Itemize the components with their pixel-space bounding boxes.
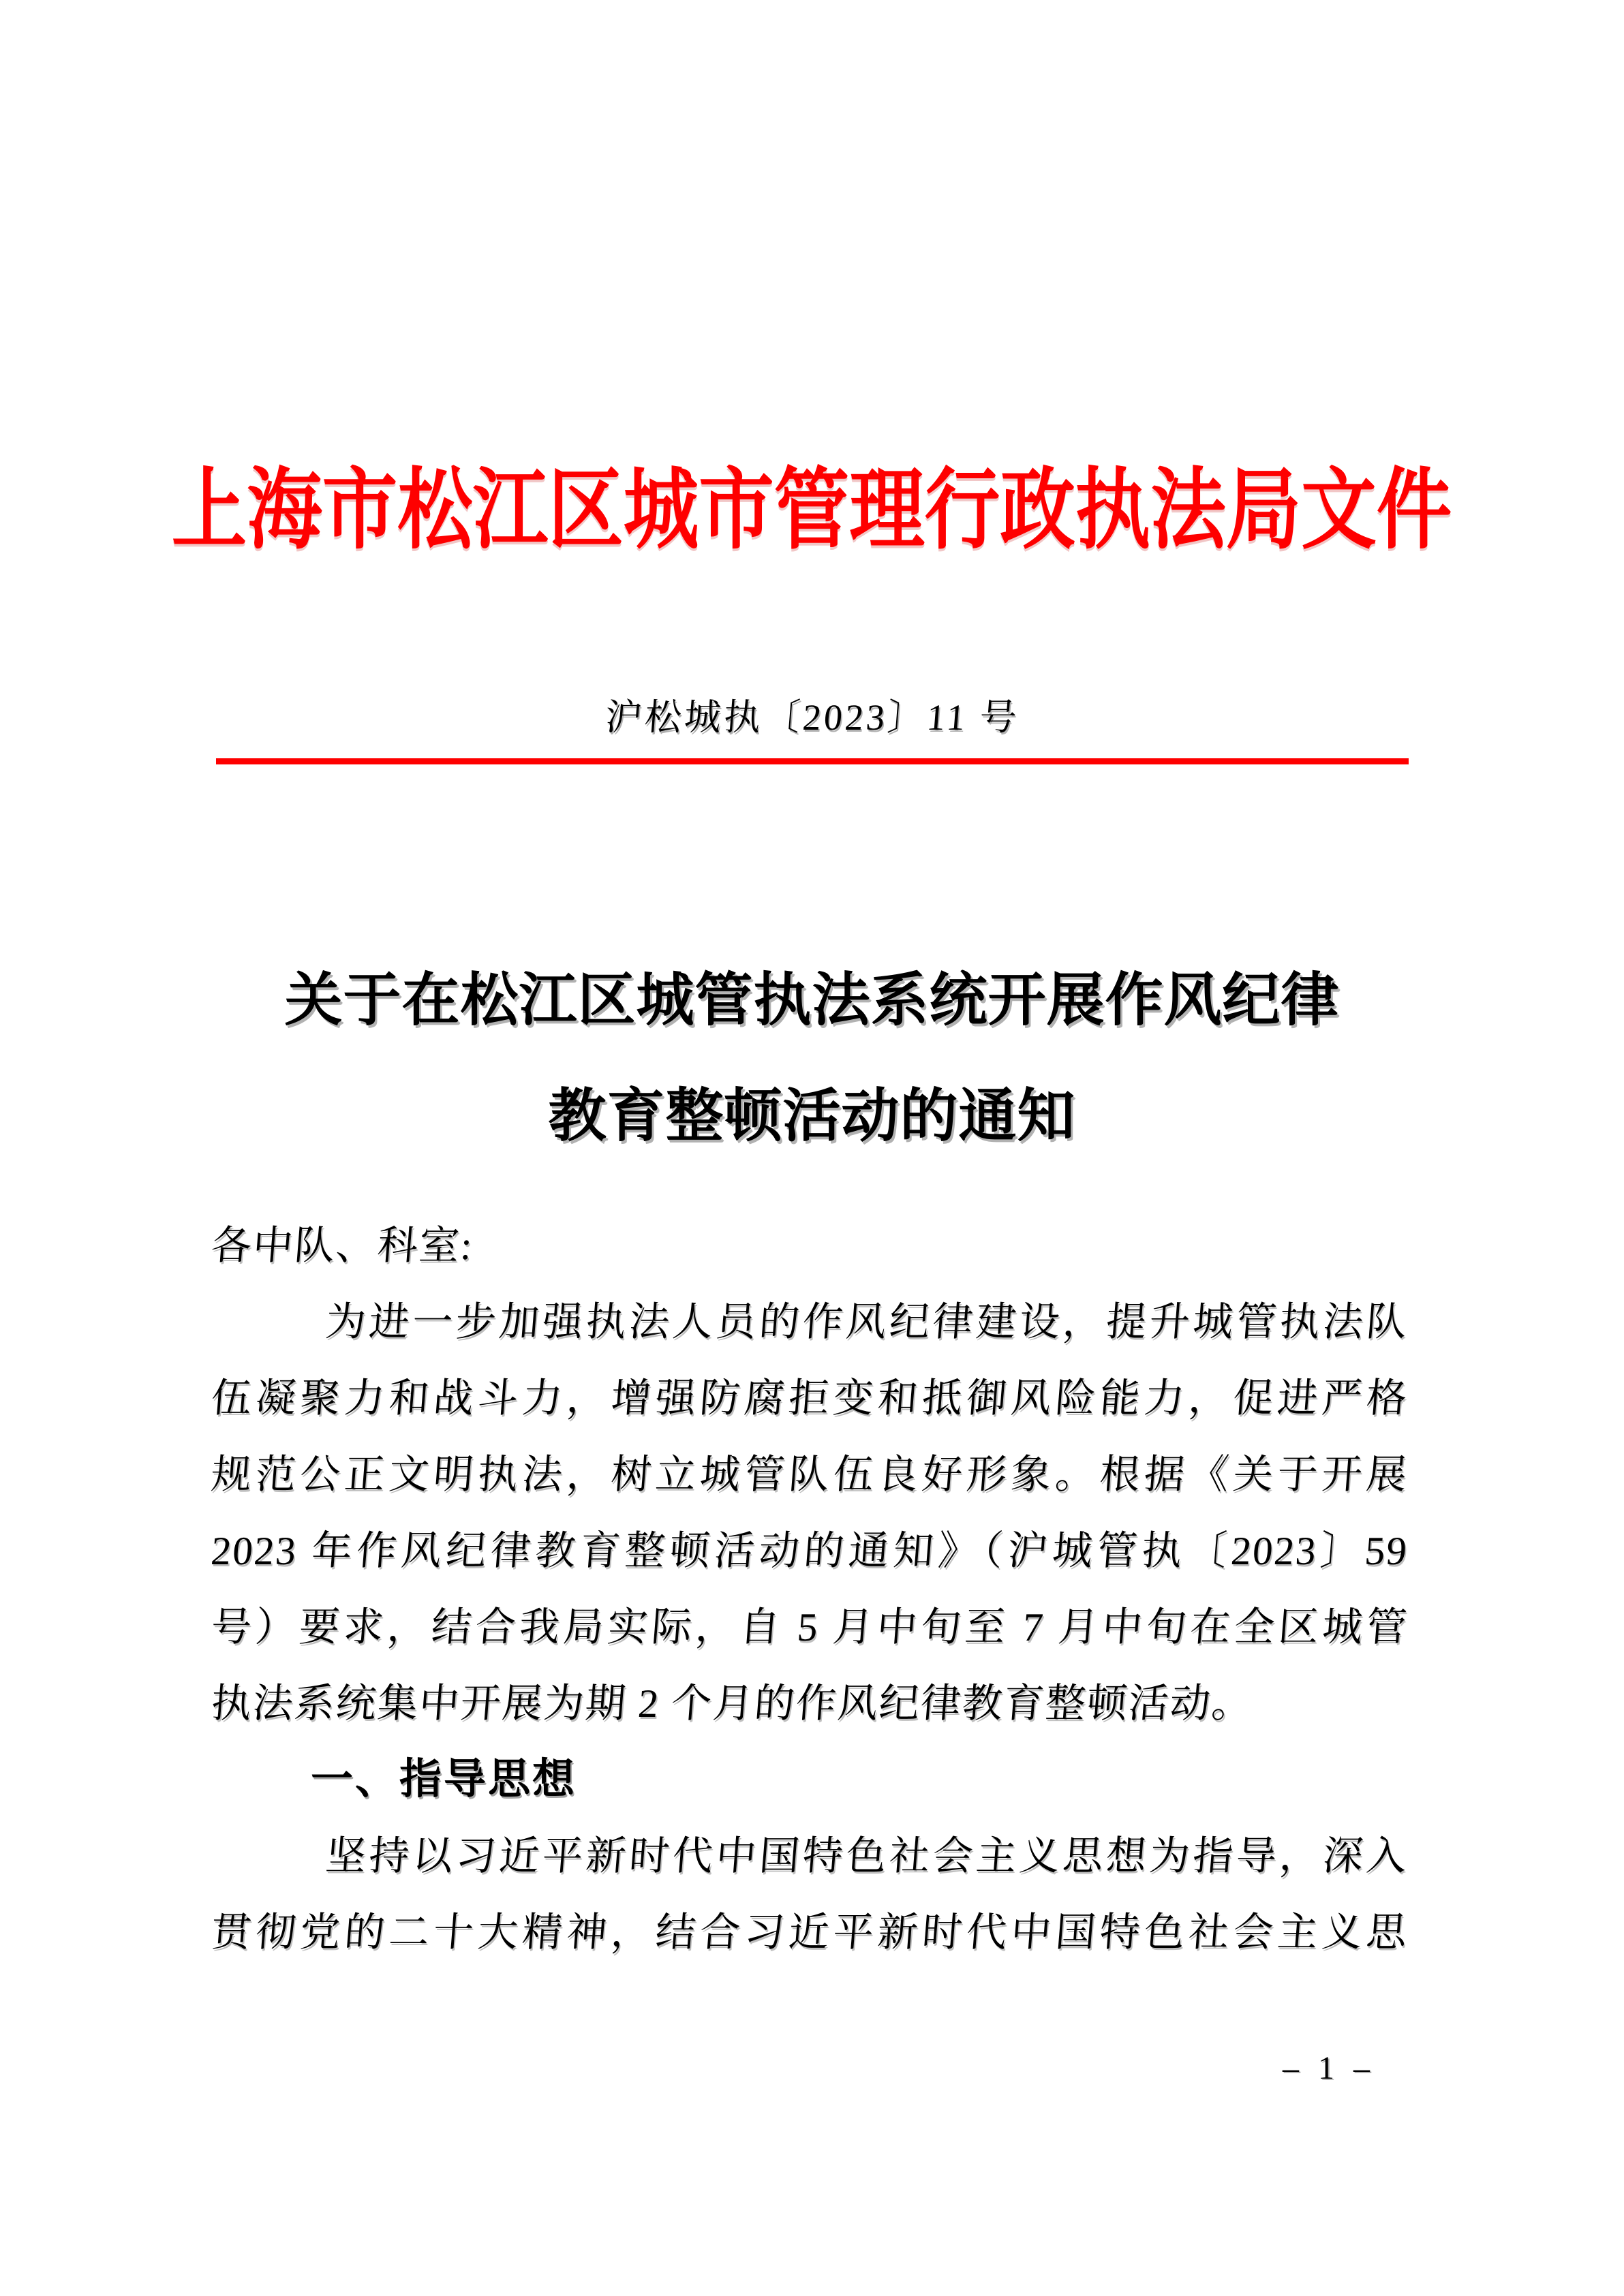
document-title-line1: 关于在松江区城管执法系统开展作风纪律 xyxy=(0,943,1624,1059)
document-title-line2: 教育整顿活动的通知 xyxy=(0,1059,1624,1175)
body-line: 号）要求，结合我局实际，自 5 月中旬至 7 月中旬在全区城管 xyxy=(209,1589,1411,1665)
agency-header-title: 上海市松江区城市管理行政执法局文件 xyxy=(172,462,1452,561)
salutation: 各中队、科室: xyxy=(209,1207,1411,1284)
agency-header: 上海市松江区城市管理行政执法局文件 xyxy=(0,0,1624,561)
doc-number-text: 沪松城执〔2023〕11 号 xyxy=(603,697,1020,738)
doc-number: 沪松城执〔2023〕11 号 xyxy=(0,697,1624,738)
body-line: 执法系统集中开展为期 2 个月的作风纪律教育整顿活动。 xyxy=(209,1665,1411,1741)
header-divider-rule xyxy=(216,758,1409,764)
document-title: 关于在松江区城管执法系统开展作风纪律 教育整顿活动的通知 xyxy=(0,943,1624,1175)
document-page: 上海市松江区城市管理行政执法局文件 沪松城执〔2023〕11 号 关于在松江区城… xyxy=(0,0,1624,2296)
body-line: 为进一步加强执法人员的作风纪律建设，提升城管执法队 xyxy=(209,1284,1411,1360)
section-heading: 一、指导思想 xyxy=(211,1741,1408,1818)
page-number: – 1 – xyxy=(1283,2049,1375,2088)
body-line: 贯彻党的二十大精神，结合习近平新时代中国特色社会主义思 xyxy=(209,1894,1411,1970)
body-line: 2023 年作风纪律教育整顿活动的通知》（沪城管执〔2023〕59 xyxy=(209,1512,1411,1589)
body-line: 规范公正文明执法，树立城管队伍良好形象。根据《关于开展 xyxy=(209,1436,1411,1512)
body-line: 坚持以习近平新时代中国特色社会主义思想为指导，深入 xyxy=(209,1818,1411,1894)
body-line: 伍凝聚力和战斗力，增强防腐拒变和抵御风险能力，促进严格 xyxy=(209,1360,1411,1436)
document-body: 各中队、科室: 为进一步加强执法人员的作风纪律建设，提升城管执法队 伍凝聚力和战… xyxy=(211,1207,1408,1970)
